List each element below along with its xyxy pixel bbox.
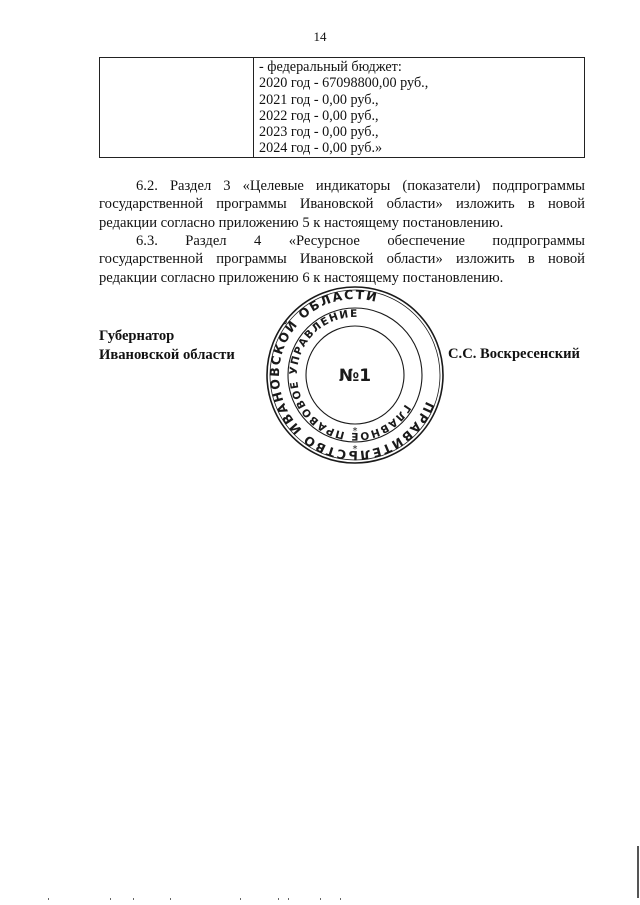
- budget-line-2024: 2024 год - 0,00 руб.»: [259, 140, 584, 156]
- scan-speck: [340, 898, 341, 900]
- paragraph-6-3: 6.3. Раздел 4 «Ресурсное обеспечение под…: [99, 232, 585, 287]
- budget-line-2022: 2022 год - 0,00 руб.,: [259, 108, 584, 124]
- signatory-name: С.С. Воскресенский: [448, 346, 580, 363]
- signatory-position: Губернатор Ивановской области: [99, 327, 235, 364]
- scan-speck: [110, 898, 111, 900]
- scan-speck: [288, 898, 289, 900]
- page-number: 14: [0, 29, 640, 45]
- stamp-center-number: №1: [339, 366, 371, 386]
- official-stamp: ПРАВИТЕЛЬСТВО ИВАНОВСКОЙ ОБЛАСТИ ГЛАВНОЕ…: [264, 284, 446, 466]
- paragraph-line: государственной программы Ивановской обл…: [99, 250, 585, 268]
- scan-speck: [278, 898, 279, 900]
- budget-line-2023: 2023 год - 0,00 руб.,: [259, 124, 584, 140]
- scan-speck: [133, 898, 134, 900]
- scan-speck: [170, 898, 171, 900]
- signatory-position-line1: Губернатор: [99, 327, 235, 346]
- star-icon: *: [353, 444, 358, 455]
- paragraph-line: 6.2. Раздел 3 «Целевые индикаторы (показ…: [99, 177, 585, 195]
- scan-speck: [320, 898, 321, 900]
- scan-noise: [0, 898, 640, 902]
- paragraph-line: 6.3. Раздел 4 «Ресурсное обеспечение под…: [99, 232, 585, 250]
- scan-edge-artifact: [637, 846, 639, 898]
- table-cell-federal-budget: - федеральный бюджет: 2020 год - 6709880…: [254, 58, 585, 158]
- budget-table: - федеральный бюджет: 2020 год - 6709880…: [99, 57, 585, 158]
- paragraph-line: государственной программы Ивановской обл…: [99, 195, 585, 213]
- paragraph-line: редакции согласно приложению 5 к настоящ…: [99, 214, 585, 232]
- budget-line-header: - федеральный бюджет:: [259, 59, 584, 75]
- paragraph-6-2: 6.2. Раздел 3 «Целевые индикаторы (показ…: [99, 177, 585, 232]
- scan-speck: [48, 898, 49, 900]
- table-cell-empty: [100, 58, 254, 158]
- budget-line-2021: 2021 год - 0,00 руб.,: [259, 92, 584, 108]
- table-row: - федеральный бюджет: 2020 год - 6709880…: [100, 58, 585, 158]
- signatory-position-line2: Ивановской области: [99, 346, 235, 365]
- budget-line-2020: 2020 год - 67098800,00 руб.,: [259, 75, 584, 91]
- scan-speck: [240, 898, 241, 900]
- stamp-seal-icon: ПРАВИТЕЛЬСТВО ИВАНОВСКОЙ ОБЛАСТИ ГЛАВНОЕ…: [264, 284, 446, 466]
- star-icon: *: [353, 426, 358, 437]
